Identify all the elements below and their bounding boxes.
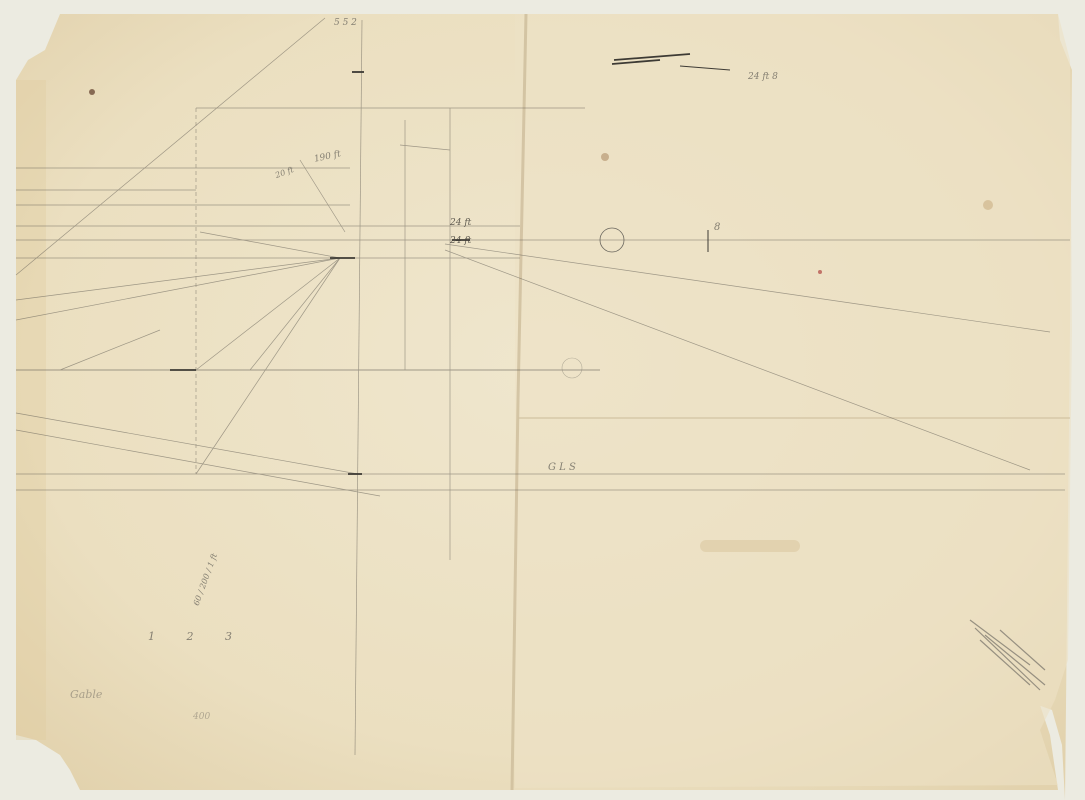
- annotation-lower-left-word: Gable: [70, 688, 102, 701]
- annotation-ground-line: G L S: [548, 462, 576, 473]
- annotation-bottom-left-number: 400: [193, 712, 210, 722]
- annotation-top-right: 24 ft 8: [748, 72, 778, 82]
- annotation-center-1: 24 ft: [450, 218, 471, 228]
- scanned-drawing: [0, 0, 1085, 800]
- annotation-center-2: 24 ft: [450, 236, 471, 246]
- annotation-top-center: 5 5 2: [334, 18, 357, 28]
- annotation-lower-left-numbers: 1 2 3: [148, 630, 246, 643]
- annotation-right-mark: 8: [714, 222, 720, 233]
